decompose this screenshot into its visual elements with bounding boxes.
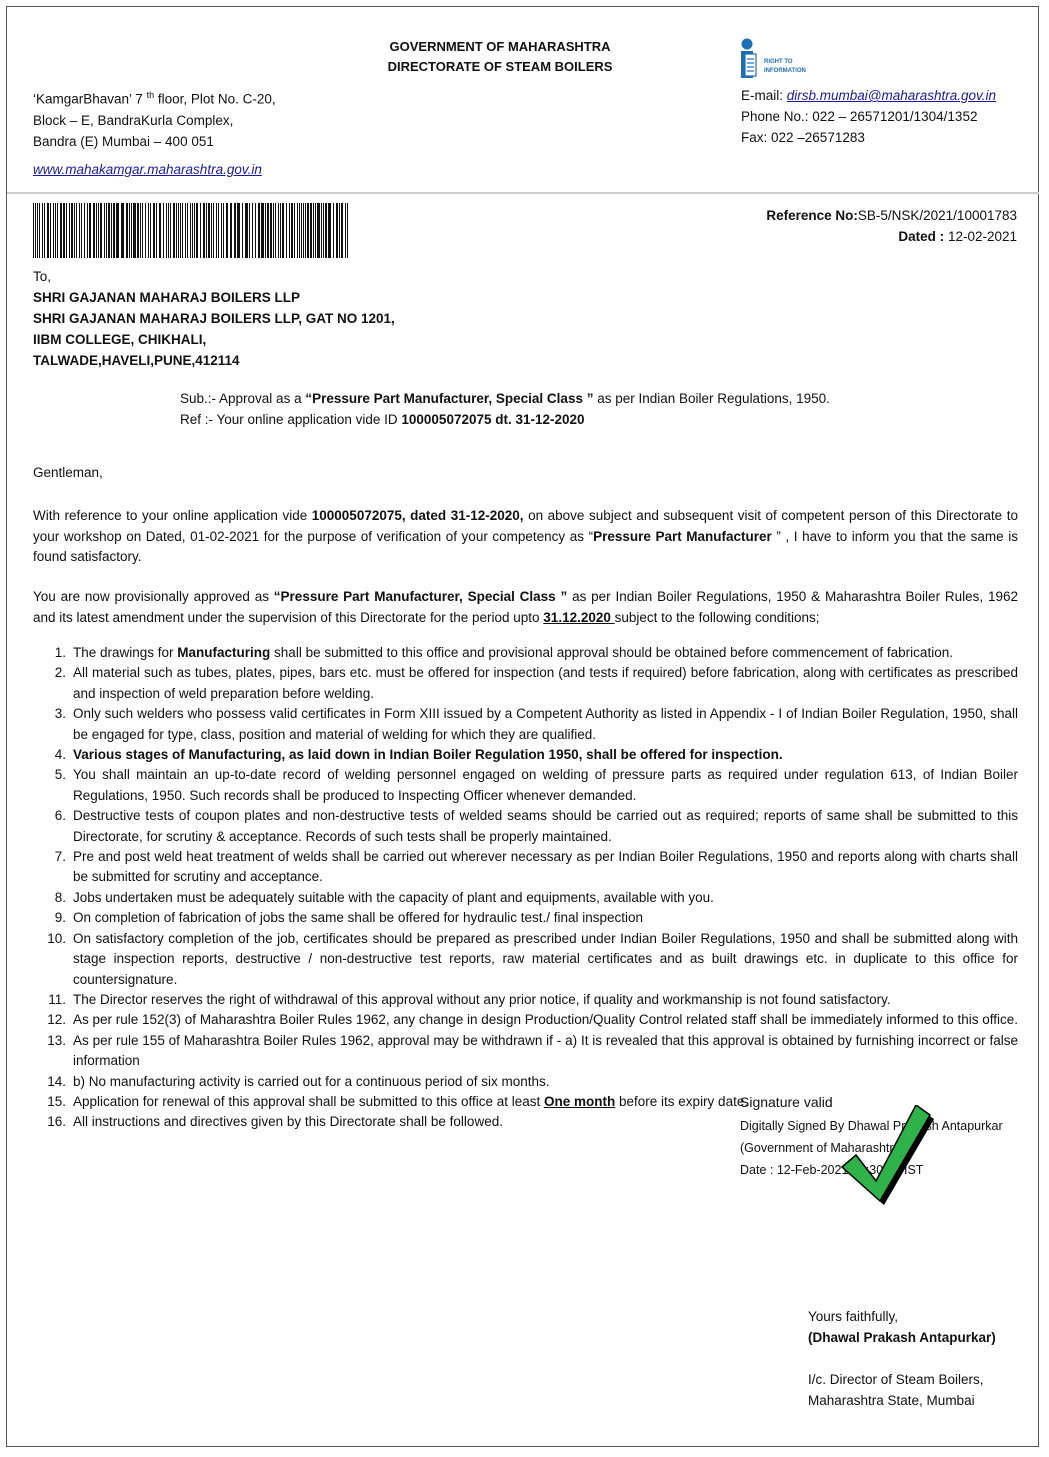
recipient-line: SHRI GAJANAN MAHARAJ BOILERS LLP, GAT NO… [33, 308, 395, 329]
header-title-line2: DIRECTORATE OF STEAM BOILERS [0, 57, 1000, 77]
recipient-line: TALWADE,HAVELI,PUNE,412114 [33, 350, 395, 371]
condition-number: 10. [33, 929, 66, 949]
condition-item: 7.Pre and post weld heat treatment of we… [33, 847, 1018, 888]
condition-text: Destructive tests of coupon plates and n… [73, 808, 1018, 843]
condition-underline: One month [544, 1094, 615, 1109]
rti-text2: INFORMATION [764, 67, 806, 76]
closing-designation1: I/c. Director of Steam Boilers, [808, 1369, 996, 1390]
subject-ref: Ref :- Your online application vide ID [180, 412, 401, 427]
condition-text: All instructions and directives given by… [73, 1114, 503, 1129]
subject-block: Sub.:- Approval as a “Pressure Part Manu… [180, 389, 860, 430]
paragraph-1: With reference to your online applicatio… [33, 506, 1018, 568]
condition-item: 9.On completion of fabrication of jobs t… [33, 908, 1018, 928]
rti-text1: RIGHT TO [764, 58, 806, 67]
condition-post: before its expiry date. [615, 1094, 748, 1109]
recipient-block: To, SHRI GAJANAN MAHARAJ BOILERS LLP SHR… [33, 266, 395, 371]
conditions-list: 1.The drawings for Manufacturing shall b… [33, 643, 1018, 1133]
condition-item: 14.b) No manufacturing activity is carri… [33, 1072, 1018, 1092]
condition-text: The Director reserves the right of withd… [73, 992, 891, 1007]
condition-text: Pre and post weld heat treatment of weld… [73, 849, 1018, 884]
subject-bold: “Pressure Part Manufacturer, Special Cla… [305, 391, 593, 406]
subject-text: Sub.:- Approval as a [180, 391, 305, 406]
closing-yours: Yours faithfully, [808, 1306, 996, 1327]
condition-text: Only such welders who possess valid cert… [73, 706, 1018, 741]
condition-number: 5. [33, 765, 66, 785]
p2-b: “Pressure Part Manufacturer, Special Cla… [274, 589, 567, 604]
condition-text: b) No manufacturing activity is carried … [73, 1074, 549, 1089]
condition-post: shall be submitted to this office and pr… [270, 645, 953, 660]
subject-post: as per Indian Boiler Regulations, 1950. [593, 391, 829, 406]
condition-number: 11. [33, 990, 66, 1010]
condition-item: 10.On satisfactory completion of the job… [33, 929, 1018, 990]
p2-e: subject to the following conditions; [615, 610, 820, 625]
condition-number: 12. [33, 1010, 66, 1030]
email-link[interactable]: dirsb.mumbai@maharashtra.gov.in [787, 88, 996, 103]
rti-logo: RIGHT TO INFORMATION [740, 38, 830, 80]
paragraph-2: You are now provisionally approved as “P… [33, 587, 1018, 628]
p1-a: With reference to your online applicatio… [33, 508, 312, 523]
email-label: E-mail: [741, 88, 787, 103]
condition-number: 15. [33, 1092, 66, 1112]
condition-text: All material such as tubes, plates, pipe… [73, 665, 1018, 700]
condition-item: 8.Jobs undertaken must be adequately sui… [33, 888, 1018, 908]
office-address: ‘KamgarBhavan’ 7 th floor, Plot No. C-20… [33, 85, 276, 152]
address-line2: Block – E, BandraKurla Complex, [33, 110, 276, 131]
condition-number: 3. [33, 704, 66, 724]
condition-number: 14. [33, 1072, 66, 1092]
condition-number: 1. [33, 643, 66, 663]
greeting: Gentleman, [33, 465, 103, 480]
condition-text: You shall maintain an up-to-date record … [73, 767, 1018, 802]
condition-item: 11.The Director reserves the right of wi… [33, 990, 1018, 1010]
condition-pre: Application for renewal of this approval… [73, 1094, 544, 1109]
to-label: To, [33, 266, 395, 287]
condition-item: 2.All material such as tubes, plates, pi… [33, 663, 1018, 704]
condition-number: 7. [33, 847, 66, 867]
condition-item: 12.As per rule 152(3) of Maharashtra Boi… [33, 1010, 1018, 1030]
header-title-line1: GOVERNMENT OF MAHARASHTRA [0, 37, 1000, 57]
ref-label: Reference No: [766, 208, 858, 223]
address-line1-post: floor, Plot No. C-20, [154, 92, 276, 107]
checkmark-icon [840, 1105, 935, 1210]
condition-number: 13. [33, 1031, 66, 1051]
p2-d: 31.12.2020 [543, 610, 614, 625]
condition-text: As per rule 152(3) of Maharashtra Boiler… [73, 1012, 1018, 1027]
closing-block: Yours faithfully, (Dhawal Prakash Antapu… [808, 1306, 996, 1411]
phone: Phone No.: 022 – 26571201/1304/1352 [741, 106, 996, 127]
recipient-line: SHRI GAJANAN MAHARAJ BOILERS LLP [33, 287, 395, 308]
condition-text: On satisfactory completion of the job, c… [73, 931, 1018, 987]
subject-ref-bold: 100005072075 dt. 31-12-2020 [401, 412, 584, 427]
p1-b: 100005072075, dated 31-12-2020, [312, 508, 524, 523]
closing-name: (Dhawal Prakash Antapurkar) [808, 1327, 996, 1348]
condition-pre: The drawings for [73, 645, 177, 660]
condition-number: 2. [33, 663, 66, 683]
condition-number: 16. [33, 1112, 66, 1132]
address-line1: ‘KamgarBhavan’ 7 [33, 92, 143, 107]
condition-number: 8. [33, 888, 66, 908]
fax: Fax: 022 –26571283 [741, 127, 996, 148]
condition-number: 4. [33, 745, 66, 765]
condition-text: On completion of fabrication of jobs the… [73, 910, 643, 925]
condition-text: Jobs undertaken must be adequately suita… [73, 890, 714, 905]
condition-bold: Manufacturing [177, 645, 270, 660]
ref-value: SB-5/NSK/2021/10001783 [858, 208, 1017, 223]
reference-block: Reference No:SB-5/NSK/2021/10001783 Date… [766, 205, 1017, 247]
condition-item: 5.You shall maintain an up-to-date recor… [33, 765, 1018, 806]
condition-number: 9. [33, 908, 66, 928]
dated-value: 12-02-2021 [948, 229, 1017, 244]
condition-number: 6. [33, 806, 66, 826]
condition-item: 1.The drawings for Manufacturing shall b… [33, 643, 1018, 663]
p1-d: Pressure Part Manufacturer [593, 529, 772, 544]
website-link[interactable]: www.mahakamgar.maharashtra.gov.in [33, 162, 262, 177]
condition-bold_all: Various stages of Manufacturing, as laid… [73, 747, 783, 762]
dated-label: Dated : [898, 229, 948, 244]
condition-text: As per rule 155 of Maharashtra Boiler Ru… [73, 1033, 1018, 1068]
p2-a: You are now provisionally approved as [33, 589, 274, 604]
address-sup: th [147, 90, 155, 100]
recipient-line: IIBM COLLEGE, CHIKHALI, [33, 329, 395, 350]
barcode [33, 203, 351, 258]
condition-item: 3.Only such welders who possess valid ce… [33, 704, 1018, 745]
condition-item: 4.Various stages of Manufacturing, as la… [33, 745, 1018, 765]
closing-designation2: Maharashtra State, Mumbai [808, 1390, 996, 1411]
contact-info: E-mail: dirsb.mumbai@maharashtra.gov.in … [741, 85, 996, 148]
condition-item: 13.As per rule 155 of Maharashtra Boiler… [33, 1031, 1018, 1072]
condition-item: 6.Destructive tests of coupon plates and… [33, 806, 1018, 847]
address-line3: Bandra (E) Mumbai – 400 051 [33, 131, 276, 152]
header-divider [7, 192, 1039, 194]
